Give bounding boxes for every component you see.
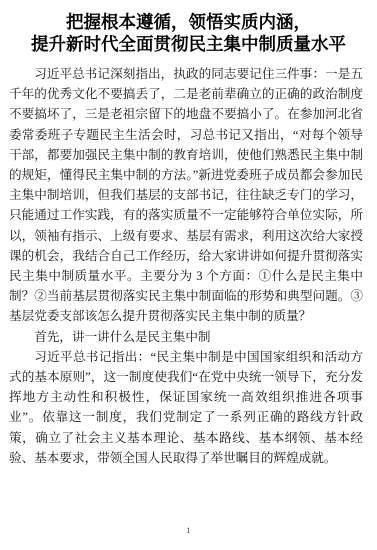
document-body: 习近平总书记深刻指出，执政的同志要记住三件事：一是五千年的优秀文化不要搞丢了，二… bbox=[9, 64, 363, 468]
paragraph: 首先，讲一讲什么是民主集中制 bbox=[9, 327, 363, 347]
paragraph: 习近平总书记指出：“民主集中制是中国国家组织和活动方式的基本原则”，这一制度使我… bbox=[9, 347, 363, 468]
document-page: 把握根本遵循，领悟实质内涵， 提升新时代全面贯彻民主集中制质量水平 习近平总书记… bbox=[0, 0, 377, 550]
paragraph: 习近平总书记深刻指出，执政的同志要记住三件事：一是五千年的优秀文化不要搞丢了，二… bbox=[9, 64, 363, 327]
title-line-1: 把握根本遵循，领悟实质内涵， bbox=[0, 11, 377, 33]
page-number: 1 bbox=[0, 526, 377, 535]
title-line-2: 提升新时代全面贯彻民主集中制质量水平 bbox=[0, 33, 377, 55]
document-title: 把握根本遵循，领悟实质内涵， 提升新时代全面贯彻民主集中制质量水平 bbox=[0, 11, 377, 55]
